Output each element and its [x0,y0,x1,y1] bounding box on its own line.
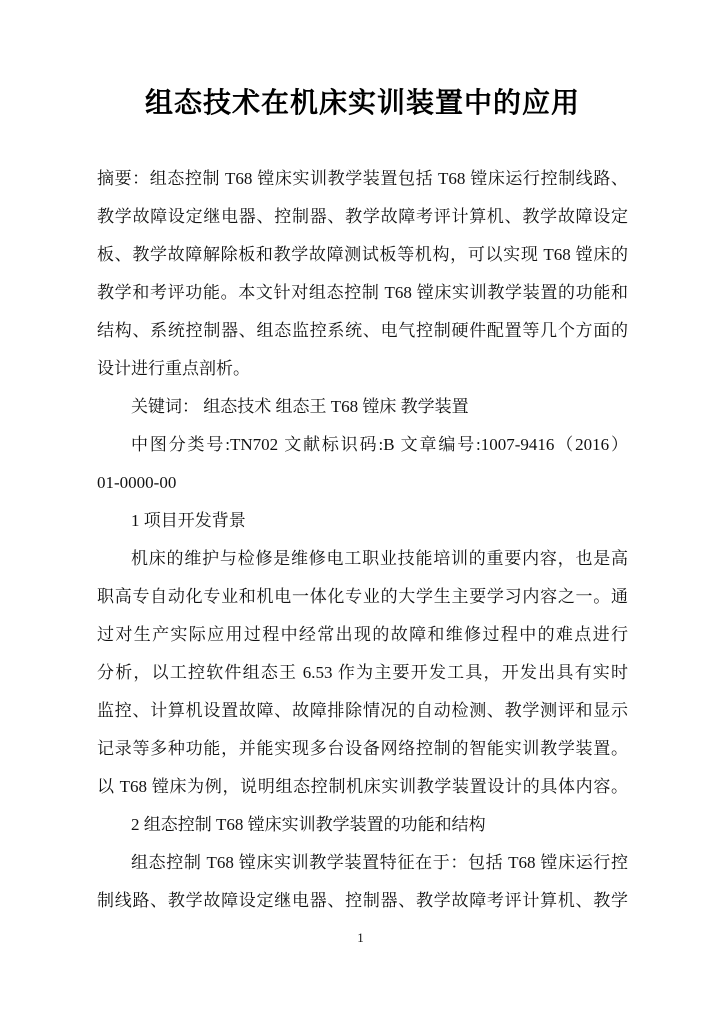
text-line: 摘要：组态控制 T68 镗床实训教学装置包括 T68 镗床运行控制线路、 [97,160,628,198]
text-line: 教学故障设定继电器、控制器、教学故障考评计算机、教学故障设定 [97,198,628,236]
text-line: 中图分类号:TN702 文献标识码:B 文章编号:1007-9416（2016） [97,426,628,464]
text-line: 监控、计算机设置故障、故障排除情况的自动检测、教学测评和显示 [97,692,628,730]
document-title: 组态技术在机床实训装置中的应用 [97,82,628,126]
text-line: 结构、系统控制器、组态监控系统、电气控制硬件配置等几个方面的 [97,312,628,350]
text-line: 以 T68 镗床为例，说明组态控制机床实训教学装置设计的具体内容。 [97,768,628,806]
text-line: 板、教学故障解除板和教学故障测试板等机构，可以实现 T68 镗床的 [97,236,628,274]
text-line: 1 项目开发背景 [97,502,628,540]
text-line: 设计进行重点剖析。 [97,350,628,388]
text-line: 机床的维护与检修是维修电工职业技能培训的重要内容，也是高 [97,540,628,578]
text-line: 记录等多种功能，并能实现多台设备网络控制的智能实训教学装置。 [97,730,628,768]
text-line: 制线路、教学故障设定继电器、控制器、教学故障考评计算机、教学 [97,882,628,920]
text-line: 2 组态控制 T68 镗床实训教学装置的功能和结构 [97,806,628,844]
text-line: 教学和考评功能。本文针对组态控制 T68 镗床实训教学装置的功能和 [97,274,628,312]
text-line: 分析，以工控软件组态王 6.53 作为主要开发工具，开发出具有实时 [97,654,628,692]
text-line: 关键词： 组态技术 组态王 T68 镗床 教学装置 [97,388,628,426]
text-line: 组态控制 T68 镗床实训教学装置特征在于：包括 T68 镗床运行控 [97,844,628,882]
document-page: 组态技术在机床实训装置中的应用 摘要：组态控制 T68 镗床实训教学装置包括 T… [0,0,721,1020]
text-line: 职高专自动化专业和机电一体化专业的大学生主要学习内容之一。通 [97,578,628,616]
text-line: 过对生产实际应用过程中经常出现的故障和维修过程中的难点进行 [97,616,628,654]
text-line: 01-0000-00 [97,464,628,502]
document-body: 摘要：组态控制 T68 镗床实训教学装置包括 T68 镗床运行控制线路、教学故障… [97,160,628,920]
page-number: 1 [0,928,721,948]
